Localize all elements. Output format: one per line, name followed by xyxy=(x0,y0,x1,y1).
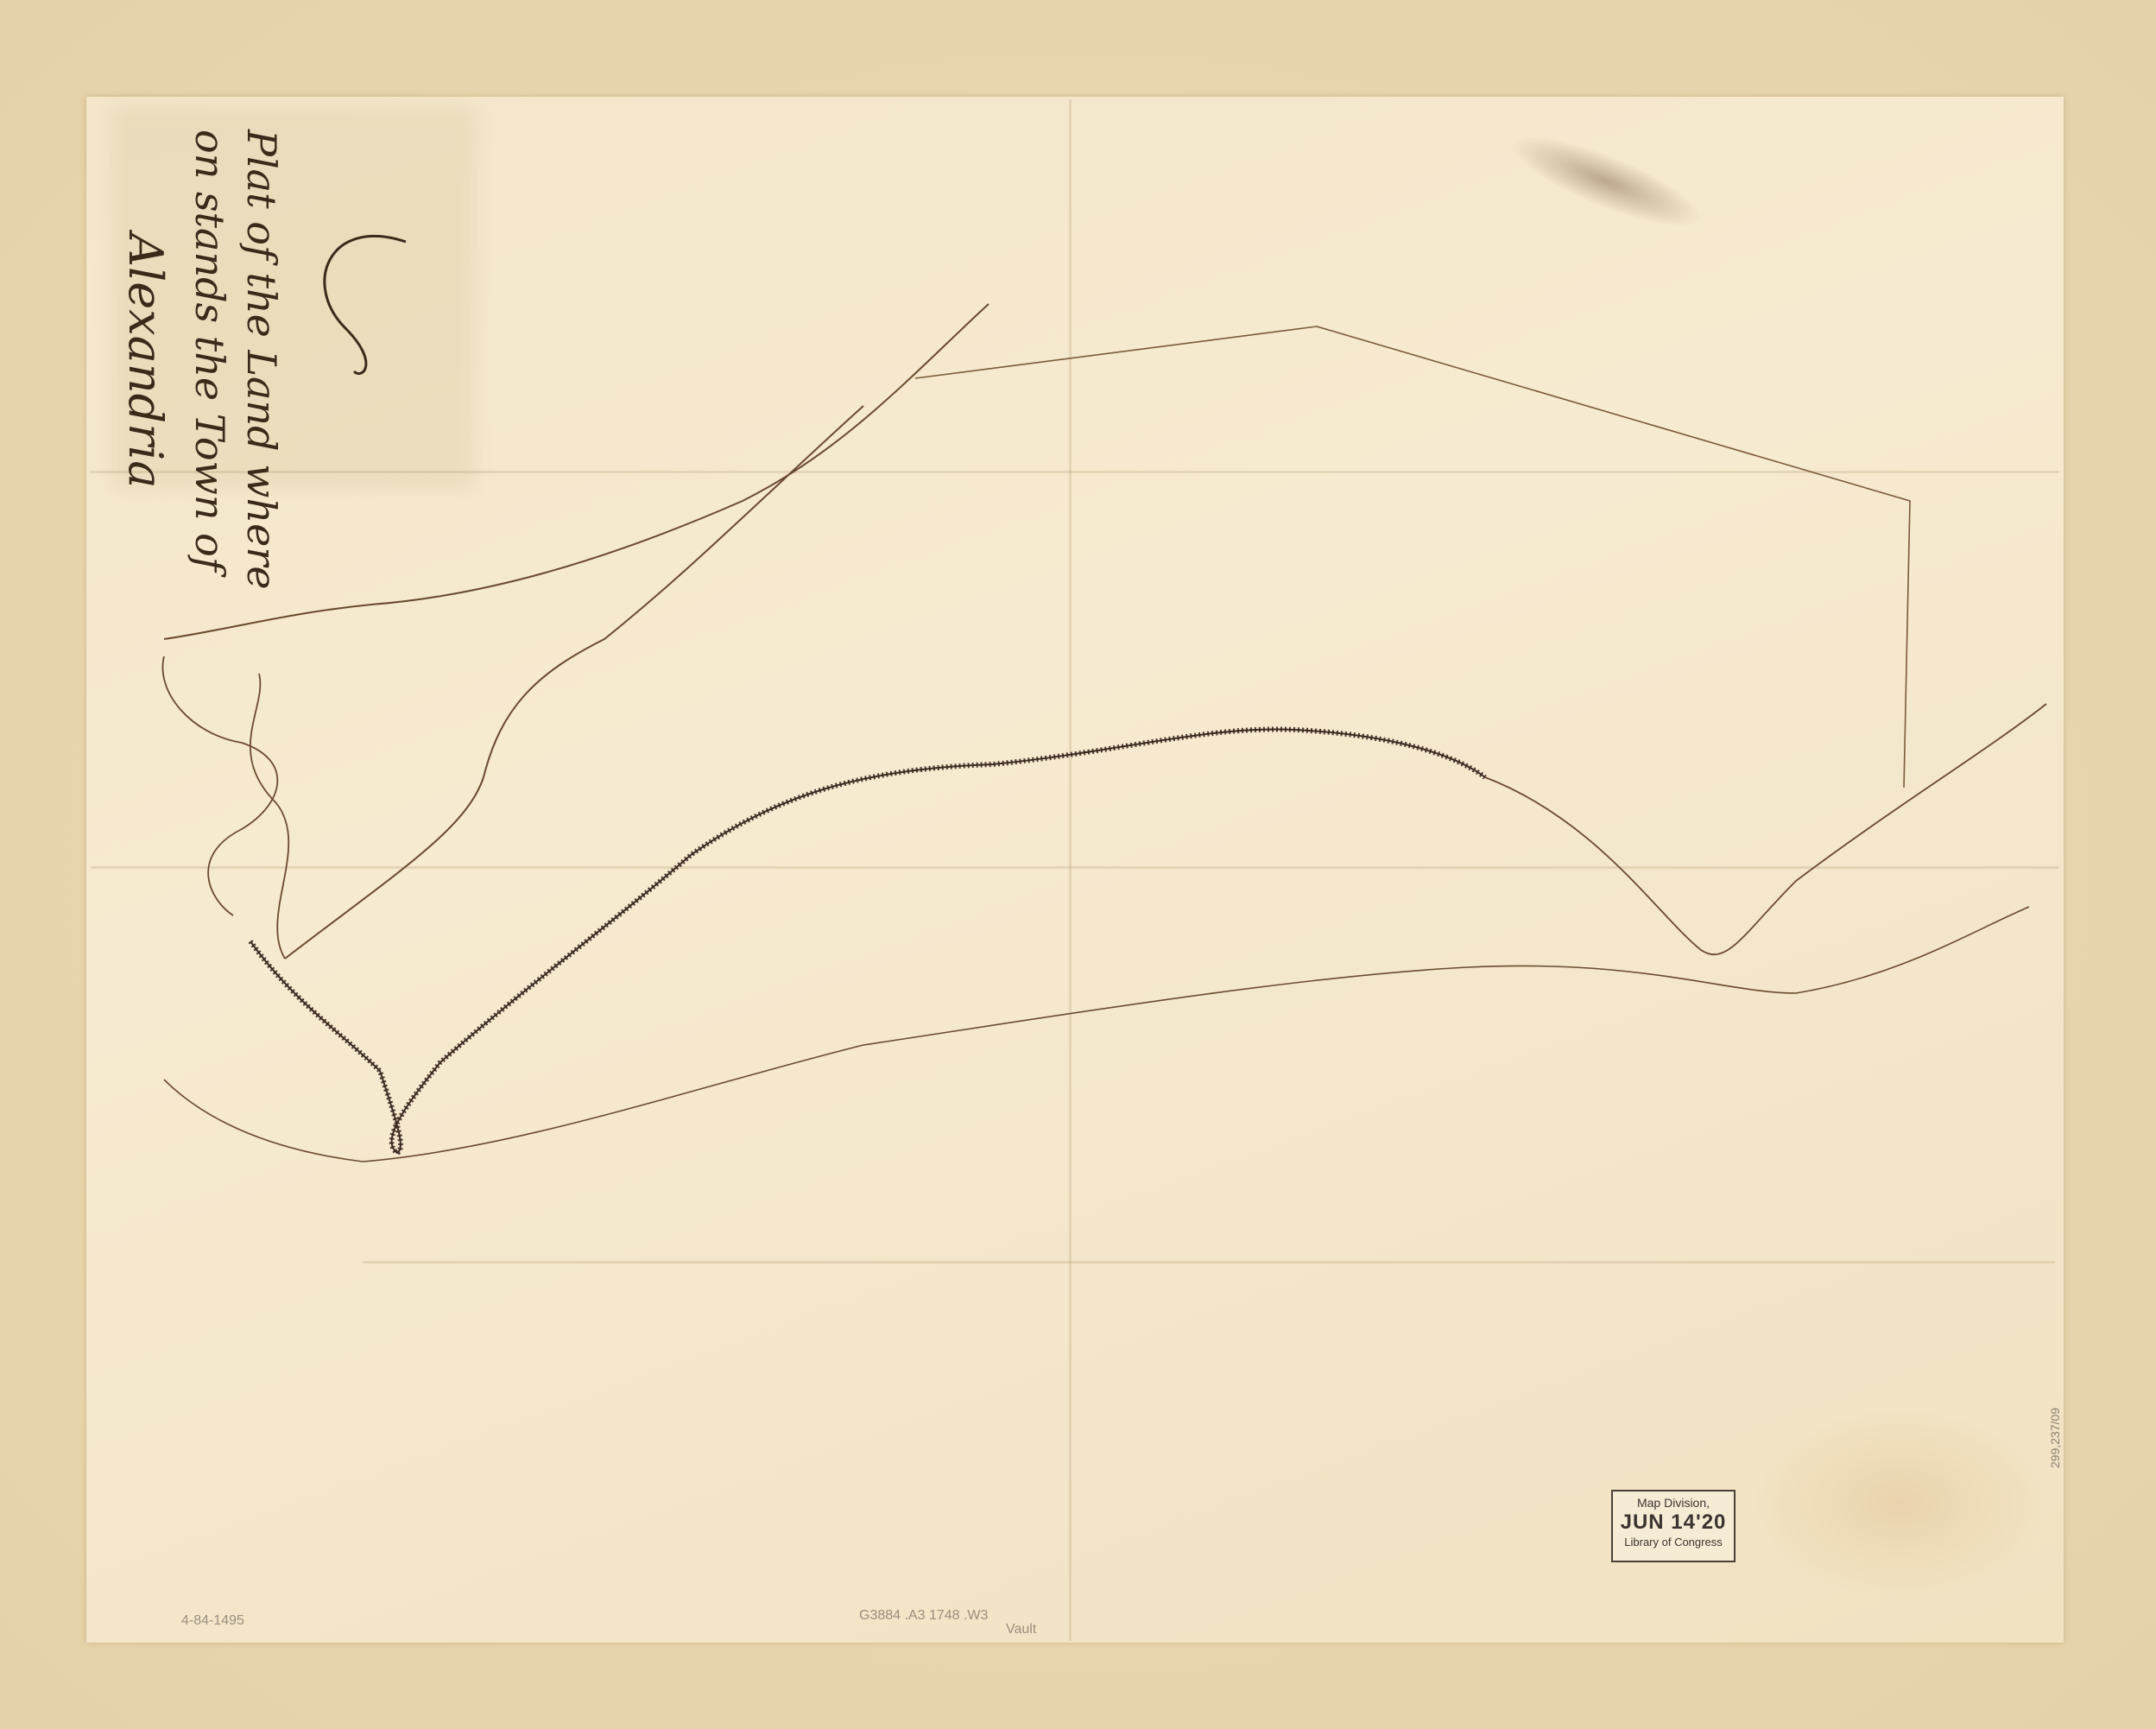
call-number: G3884 .A3 1748 .W3 xyxy=(859,1608,988,1624)
property-boundary xyxy=(915,326,1910,788)
shoreline-east xyxy=(1485,704,2046,954)
river-shoreline-edge xyxy=(250,729,1485,1153)
creek-branch xyxy=(285,406,863,959)
stream-loop xyxy=(162,656,277,915)
stamp-division: Map Division, xyxy=(1613,1495,1734,1510)
stamp-library: Library of Congress xyxy=(1613,1535,1734,1550)
river-shoreline xyxy=(250,729,1485,1153)
manuscript-title: Plat of the Land where on stands the Tow… xyxy=(121,121,484,484)
stamp-date: JUN 14'20 xyxy=(1613,1510,1734,1535)
river-channel-lower xyxy=(164,907,2029,1162)
stream-west xyxy=(250,674,288,959)
title-line-3: Alexandria xyxy=(118,233,173,489)
library-stamp: Map Division, JUN 14'20 Library of Congr… xyxy=(1611,1490,1736,1562)
title-line-2: on stands the Town of xyxy=(187,130,233,572)
vault-note: Vault xyxy=(1006,1622,1036,1637)
pencil-note-bottom-left: 4-84-1495 xyxy=(181,1613,244,1629)
accession-number: 299,237/09 xyxy=(2048,1408,2062,1468)
title-line-1: Plat of the Land where xyxy=(238,130,285,590)
